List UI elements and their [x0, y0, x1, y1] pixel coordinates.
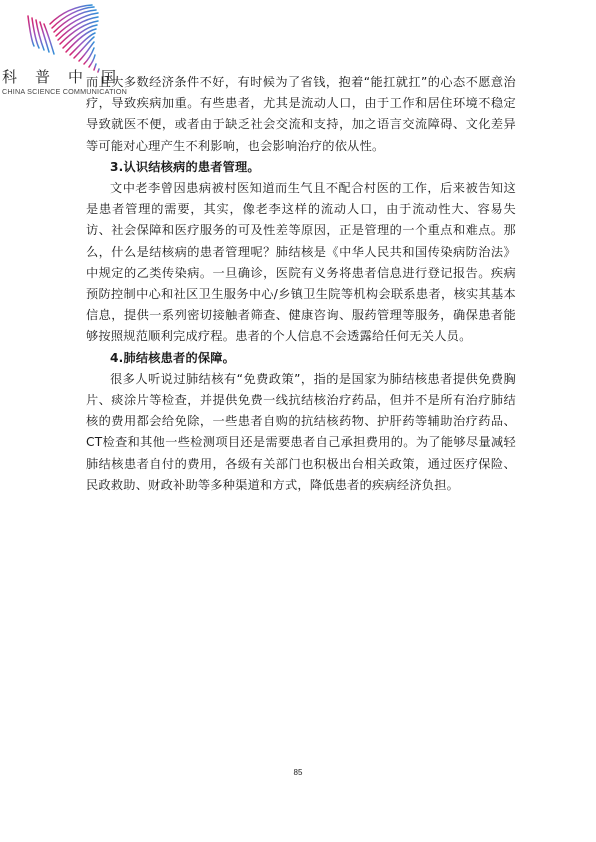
page-number: 85: [0, 768, 596, 777]
wave-ribbon-logo-icon: [22, 2, 122, 74]
paragraph-treatment-adherence: 而且大多数经济条件不好，有时候为了省钱，抱着“能扛就扛”的心态不愿意治疗，导致疾…: [86, 72, 516, 157]
heading-patient-support: 4.肺结核患者的保障。: [86, 348, 516, 369]
paragraph-patient-management: 文中老李曾因患病被村医知道而生气且不配合村医的工作，后来被告知这是患者管理的需要…: [86, 178, 516, 348]
heading-patient-management: 3.认识结核病的患者管理。: [86, 157, 516, 178]
document-body: 而且大多数经济条件不好，有时候为了省钱，抱着“能扛就扛”的心态不愿意治疗，导致疾…: [86, 72, 516, 496]
paragraph-patient-support: 很多人听说过肺结核有“免费政策”，指的是国家为肺结核患者提供免费胸片、痰涂片等检…: [86, 369, 516, 496]
